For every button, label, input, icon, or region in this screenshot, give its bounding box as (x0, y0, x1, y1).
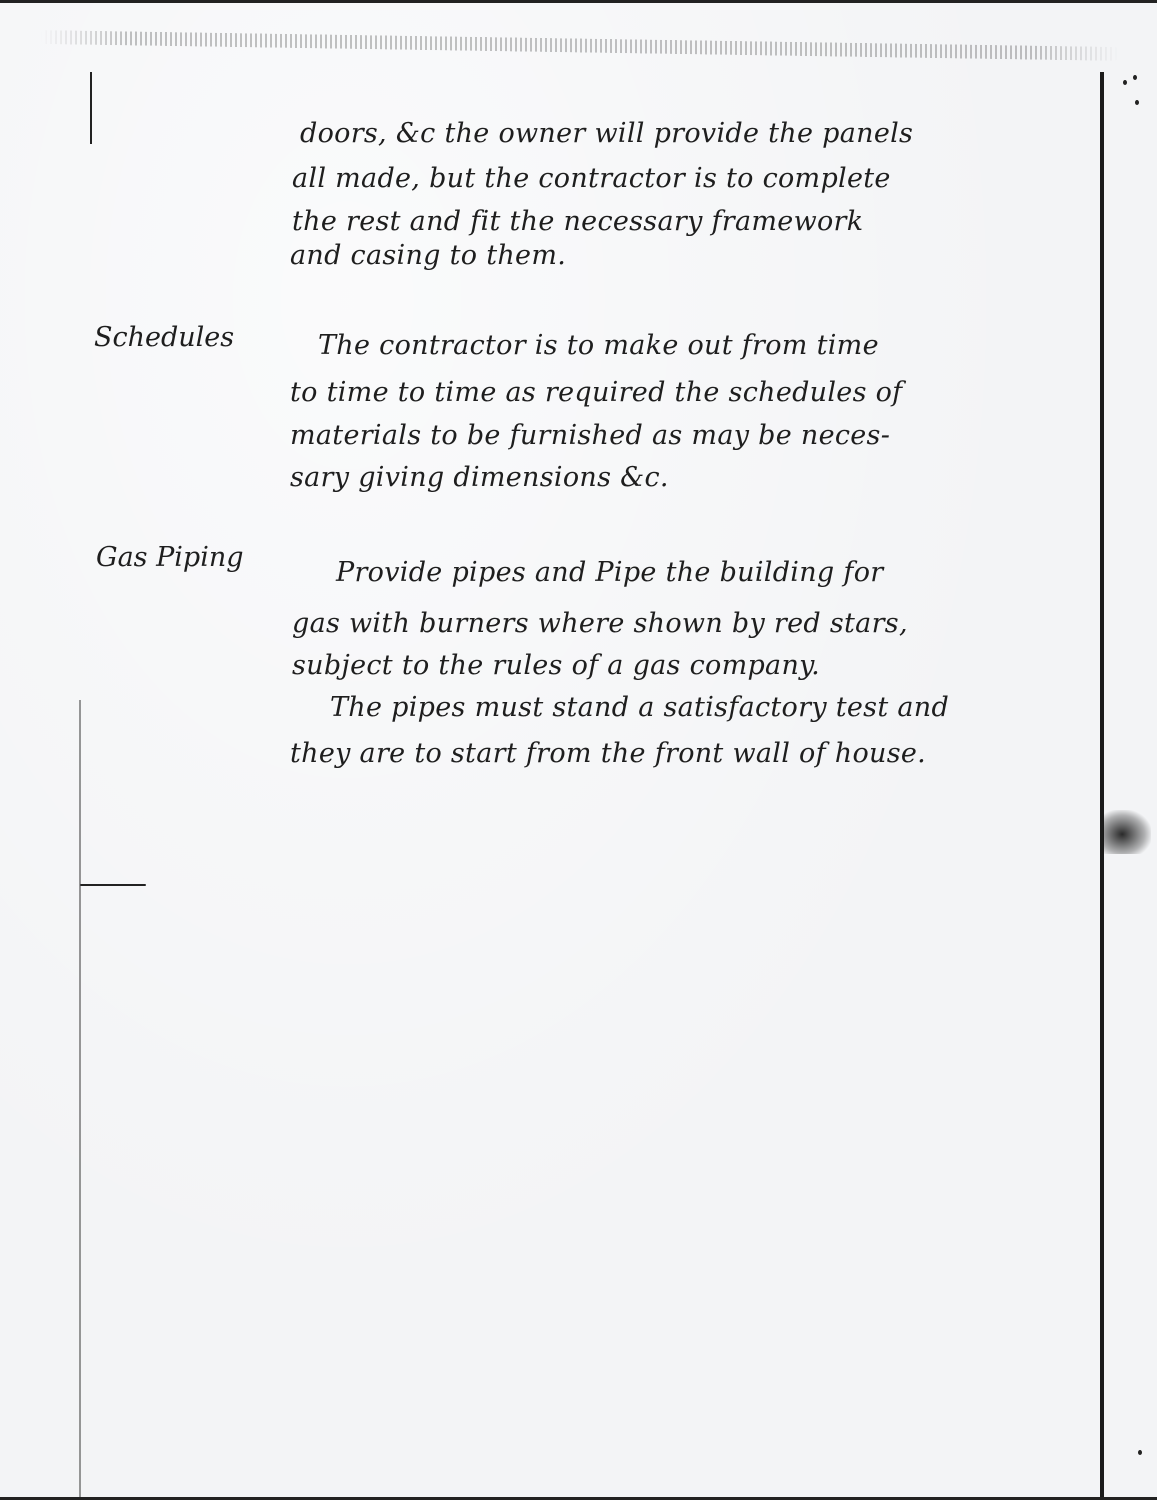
scan-smudge-top (40, 30, 1120, 61)
continuation-line-3: the rest and fit the necessary framework (292, 206, 863, 237)
right-edge-rule (1100, 72, 1104, 1500)
left-margin-rule (79, 700, 81, 1500)
continuation-line-2: all made, but the contractor is to compl… (292, 163, 891, 194)
scan-smudge-right (1103, 810, 1151, 854)
gas-piping-line-1: Provide pipes and Pipe the building for (336, 557, 883, 588)
schedules-line-2: to time to time as required the schedule… (290, 377, 902, 408)
gas-piping-line-4: The pipes must stand a satisfactory test… (330, 692, 949, 723)
schedules-line-3: materials to be furnished as may be nece… (290, 420, 890, 451)
gas-piping-line-2: gas with burners where shown by red star… (292, 608, 908, 639)
schedules-line-4: sary giving dimensions &c. (290, 462, 669, 493)
left-margin-tick (80, 884, 146, 886)
scan-speck (1138, 1450, 1142, 1455)
schedules-line-1: The contractor is to make out from time (318, 330, 879, 361)
scan-speck (1133, 75, 1137, 80)
scan-top-border (0, 0, 1157, 3)
continuation-line-1: doors, &c the owner will provide the pan… (300, 118, 913, 149)
left-margin-mark (90, 72, 92, 144)
section-heading-schedules: Schedules (94, 322, 234, 353)
gas-piping-line-3: subject to the rules of a gas company. (292, 650, 820, 681)
scan-speck (1123, 80, 1127, 85)
section-heading-gas-piping: Gas Piping (96, 542, 244, 573)
continuation-line-4: and casing to them. (290, 240, 566, 271)
scan-speck (1135, 100, 1139, 105)
gas-piping-line-5: they are to start from the front wall of… (290, 738, 926, 769)
scanned-document-page: doors, &c the owner will provide the pan… (0, 0, 1157, 1500)
